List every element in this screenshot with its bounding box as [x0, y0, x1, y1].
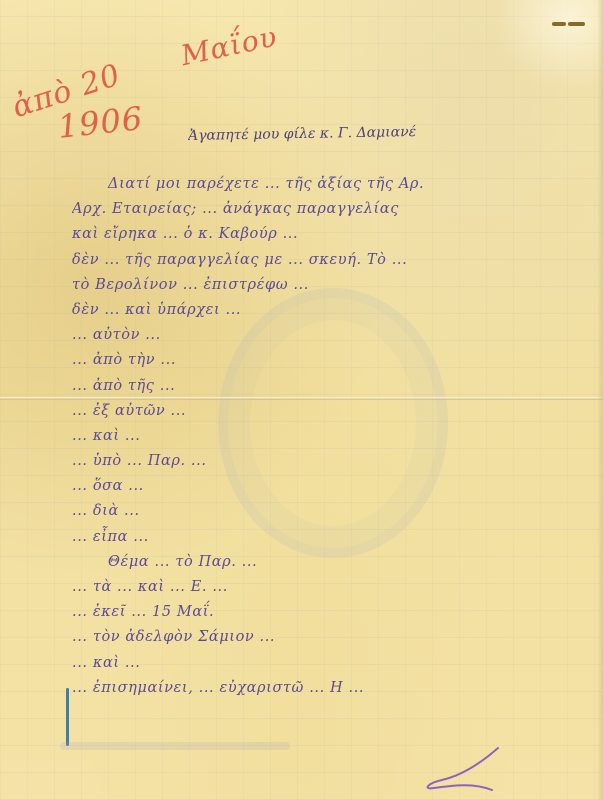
- body-line: ... καὶ ...: [72, 424, 602, 449]
- staple-mark: [552, 22, 566, 26]
- blue-margin-mark: [66, 688, 69, 746]
- letter-page: ἀπὸ 20 Μαΐου 1906 Ἀγαπητέ μου φίλε κ. Γ.…: [0, 0, 603, 800]
- body-line: ... ἐπισημαίνει, ... εὐχαριστῶ ... Η ...: [72, 676, 602, 701]
- body-line: ... ὑπὸ ... Παρ. ...: [72, 449, 602, 474]
- paper-crease: [493, 0, 603, 90]
- body-line: Θέμα ... τὸ Παρ. ...: [72, 550, 602, 575]
- body-line: ... ἐξ αὐτῶν ...: [72, 399, 602, 424]
- red-annotation-month: Μαΐου: [178, 20, 280, 73]
- body-line: ... ὅσα ...: [72, 474, 602, 499]
- salutation: Ἀγαπητέ μου φίλε κ. Γ. Δαμιανέ: [188, 124, 416, 144]
- letter-body: Διατί μοι παρέχετε ... τῆς ἀξίας τῆς Αρ.…: [72, 172, 602, 701]
- body-line: καὶ εἴρηκα ... ὁ κ. Καβούρ ...: [72, 222, 602, 247]
- body-line: τὸ Βερολίνον ... ἐπιστρέφω ...: [72, 273, 602, 298]
- red-annotation-year: 1906: [56, 99, 145, 146]
- body-line: ... ἀπὸ τὴν ...: [72, 348, 602, 373]
- body-line: Διατί μοι παρέχετε ... τῆς ἀξίας τῆς Αρ.: [72, 172, 602, 197]
- staple-mark: [568, 22, 585, 26]
- paper-stain: [60, 742, 290, 750]
- body-line: ... ἐκεῖ ... 15 Μαΐ.: [72, 600, 602, 625]
- body-line: ... εἶπα ...: [72, 525, 602, 550]
- body-line: Αρχ. Εταιρείας; ... ἀνάγκας παραγγελίας: [72, 197, 602, 222]
- body-line: δὲν ... τῆς παραγγελίας με ... σκευή. Τὸ…: [72, 248, 602, 273]
- body-line: ... διὰ ...: [72, 499, 602, 524]
- body-line: δὲν ... καὶ ὑπάρχει ...: [72, 298, 602, 323]
- body-line: ... καὶ ...: [72, 651, 602, 676]
- body-line: ... τὸν ἀδελφὸν Σάμιον ...: [72, 625, 602, 650]
- body-line: ... αὐτὸν ...: [72, 323, 602, 348]
- signature-flourish-icon: [420, 746, 510, 791]
- body-line: ... τὰ ... καὶ ... Ε. ...: [72, 575, 602, 600]
- body-line: ... ἀπὸ τῆς ...: [72, 374, 602, 399]
